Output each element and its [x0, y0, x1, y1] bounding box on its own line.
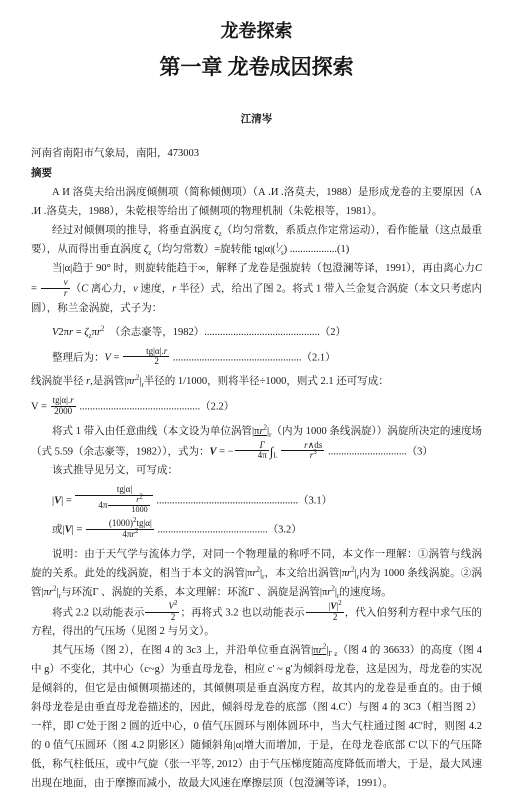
author-name: 江清岑 [31, 112, 482, 128]
text-run: 4π [98, 500, 107, 510]
abstract-label: 摘要 [31, 164, 482, 183]
text-run: 线涡旋半径 [31, 376, 86, 387]
fraction-denominator: 2 [123, 357, 169, 367]
equation-2-1: 整理后为：V = tg|α|.r2 ......................… [31, 347, 482, 368]
math-variable: s [319, 440, 323, 450]
fraction: V22 [145, 602, 179, 623]
fraction-denominator: 2 [306, 613, 344, 623]
text-run: （ [71, 283, 82, 294]
fraction: Γ4π [235, 441, 269, 462]
text-run: 经过对倾侧项的推导，将垂直涡度 [52, 225, 214, 236]
text-run: ........................................… [170, 352, 335, 363]
text-run: （图 4 的 36633）的高度（图 4 中 g）不变化，其中心（c~g）为垂直… [31, 645, 482, 789]
superscript: 2 [174, 599, 178, 607]
superscript: 2 [338, 599, 342, 607]
text-run: tg|α| [136, 518, 151, 528]
text-run: V = [31, 401, 50, 412]
chapter-heading: 第一章 龙卷成因探索 [31, 52, 482, 82]
paragraph-line-vortex: 线涡旋半径 r,是涡管|πr2|r半径的 1/1000，则将半径÷1000，则式… [31, 372, 482, 391]
underlined-group: πr2 [313, 645, 326, 656]
text-run: 速度， [138, 283, 172, 294]
text-run: ........................................… [154, 495, 333, 506]
text-run: 离心力， [88, 283, 133, 294]
text-run: tg|α| [117, 484, 132, 494]
fraction: r21000 [108, 496, 149, 515]
math-vector: V [210, 446, 217, 457]
underlined-group: πr2 [254, 426, 267, 437]
fraction-denominator: r3 [281, 451, 324, 461]
text-run: ) ..................(1) [284, 244, 350, 255]
text-run: (1000) [109, 518, 133, 528]
text-run: 其气压场（图 2），在图 4 的 3c3 上，并沿单位垂直涡管| [52, 645, 313, 656]
fraction-denominator: 1000 [108, 506, 149, 515]
text-run: ........................................… [155, 525, 302, 536]
text-run: = [111, 352, 122, 363]
math-variable: v [64, 277, 68, 287]
text-run: = [31, 283, 40, 294]
fraction-denominator: r [41, 289, 70, 299]
math-variable: C [475, 263, 482, 274]
text-run: 与环流Γ 、涡旋的关系，本文理解：环流Γ 、涡旋是涡管|π [61, 587, 327, 598]
fraction-denominator: 4πr21000 [75, 496, 152, 515]
fraction: tg|α|4πr21000 [75, 485, 152, 514]
text-run: ；再将式 3.2 也以动能表示 [180, 607, 304, 618]
text-run: 将式 2.2 以动能表示 [52, 607, 144, 618]
body-paragraphs: А И 洛莫夫给出涡度倾侧项（简称倾侧项）（А .И .洛莫夫，1988）是形成… [31, 183, 482, 793]
page-title: 龙卷探索 [31, 18, 482, 44]
text-run: = [73, 327, 84, 338]
fraction-numerator: tg|α|.r [123, 347, 169, 358]
text-run: = − [217, 446, 234, 457]
text-run: 1000 [131, 505, 147, 514]
text-run: （余志豪等，1982）.............................… [105, 327, 347, 338]
text-run: ,是涡管|π [90, 376, 132, 387]
equation-2-2: V = tg|α|.r2000 ........................… [31, 396, 482, 417]
text-run: 当|α|趋于 90° 时，则旋转能趋于∞，解释了龙卷是强旋转（包澄澜等译，199… [52, 263, 475, 274]
paragraph-kinetic-energy: 将式 2.2 以动能表示V22；再将式 3.2 也以动能表示|V|22，代入伯努… [31, 602, 482, 642]
fraction: tg|α|.r2000 [51, 396, 76, 417]
text-run: tg|α|. [146, 346, 164, 356]
superscript: 2 [135, 527, 139, 535]
abstract-paragraph-1: А И 洛莫夫给出涡度倾侧项（简称倾侧项）（А .И .洛莫夫，1988）是形成… [31, 183, 482, 221]
equation-3-1: |V| = tg|α|4πr21000 ....................… [31, 485, 482, 514]
text-run: 2 [171, 612, 176, 622]
text-run: ........................................… [77, 401, 235, 412]
text-run: 或| [52, 525, 65, 536]
text-run: 2 [333, 612, 338, 622]
text-run: ，本文给出涡管|π [264, 568, 347, 579]
text-run: 该式推导见另文，可写成： [52, 465, 178, 476]
text-run: 半径的 1/1000，则将半径÷1000，则式 2.1 还可写成： [144, 376, 389, 387]
fraction-numerator: r∧ds [281, 441, 324, 452]
affiliation-line: 河南省南阳市气象局，南阳，473003 [31, 144, 482, 163]
text-run: 4π [258, 450, 267, 460]
document-page: 龙卷探索 第一章 龙卷成因探索 江清岑 河南省南阳市气象局，南阳，473003 … [0, 0, 513, 801]
abstract-paragraph-3: 当|α|趋于 90° 时，则旋转能趋于∞，解释了龙卷是强旋转（包澄澜等译，199… [31, 259, 482, 318]
text-run: tg|α|. [53, 395, 71, 405]
fraction-denominator: 4πr2 [86, 530, 154, 540]
text-run: 2000 [54, 406, 72, 416]
fraction: (1000)2tg|α|4πr2 [86, 519, 154, 540]
text-run: А И 洛莫夫给出涡度倾侧项（简称倾侧项）（А .И .洛莫夫，1988）是形成… [31, 187, 482, 217]
fraction: tg|α|.r2 [123, 347, 169, 368]
text-run: 2 [154, 356, 159, 366]
text-run: | = [61, 495, 74, 506]
math-variable: Γ [260, 440, 265, 450]
math-variable: r [64, 288, 68, 298]
text-run: 的速度场。 [339, 587, 392, 598]
fraction-numerator: (1000)2tg|α| [86, 519, 154, 530]
paragraph-velocity-field: 将式 1 带入由任意曲线（本文设为单位涡管|πr2|r（内为 1000 条线涡旋… [31, 422, 482, 462]
math-vector: V [65, 525, 72, 536]
equation-2: V2πr = ζzπr2 （余志豪等，1982）................… [31, 323, 482, 342]
text-run: 将式 1 带入由任意曲线（本文设为单位涡管| [52, 426, 254, 437]
text-run [278, 446, 281, 457]
paragraph-explanation: 说明：由于天气学与流体力学，对同一个物理量的称呼不同，本文作一理解：①涡管与线涡… [31, 545, 482, 602]
fraction-denominator: 2 [145, 613, 179, 623]
fraction: vr [41, 278, 70, 299]
text-run: （均匀常数）=旋转能 tg|α|( [151, 244, 275, 255]
text-run: ..............................（3） [325, 446, 433, 457]
math-variable: r [164, 346, 168, 356]
math-variable: r [70, 395, 74, 405]
superscript: 2 [139, 492, 143, 500]
text-run: | = [72, 525, 85, 536]
paragraph-pressure-field: 其气压场（图 2），在图 4 的 3c3 上，并沿单位垂直涡管|πr2|Γ z（… [31, 641, 482, 793]
subscript: L [273, 451, 277, 459]
fraction-numerator: |V|2 [306, 602, 344, 613]
fraction-denominator: 2000 [51, 407, 76, 417]
fraction: r∧dsr3 [281, 441, 324, 462]
superscript: 3 [313, 448, 317, 456]
text-run: 2π [58, 327, 69, 338]
paragraph-derivation-note: 该式推导见另文，可写成： [31, 461, 482, 480]
fraction: |V|22 [306, 602, 344, 623]
text-run: 整理后为： [52, 352, 105, 363]
abstract-paragraph-2: 经过对倾侧项的推导，将垂直涡度 ζz（均匀常数，系质点作定常运动），看作能量（这… [31, 221, 482, 259]
fraction-denominator: 4π [235, 451, 269, 461]
equation-3-2: 或|V| = (1000)2tg|α|4πr2 ................… [31, 519, 482, 540]
